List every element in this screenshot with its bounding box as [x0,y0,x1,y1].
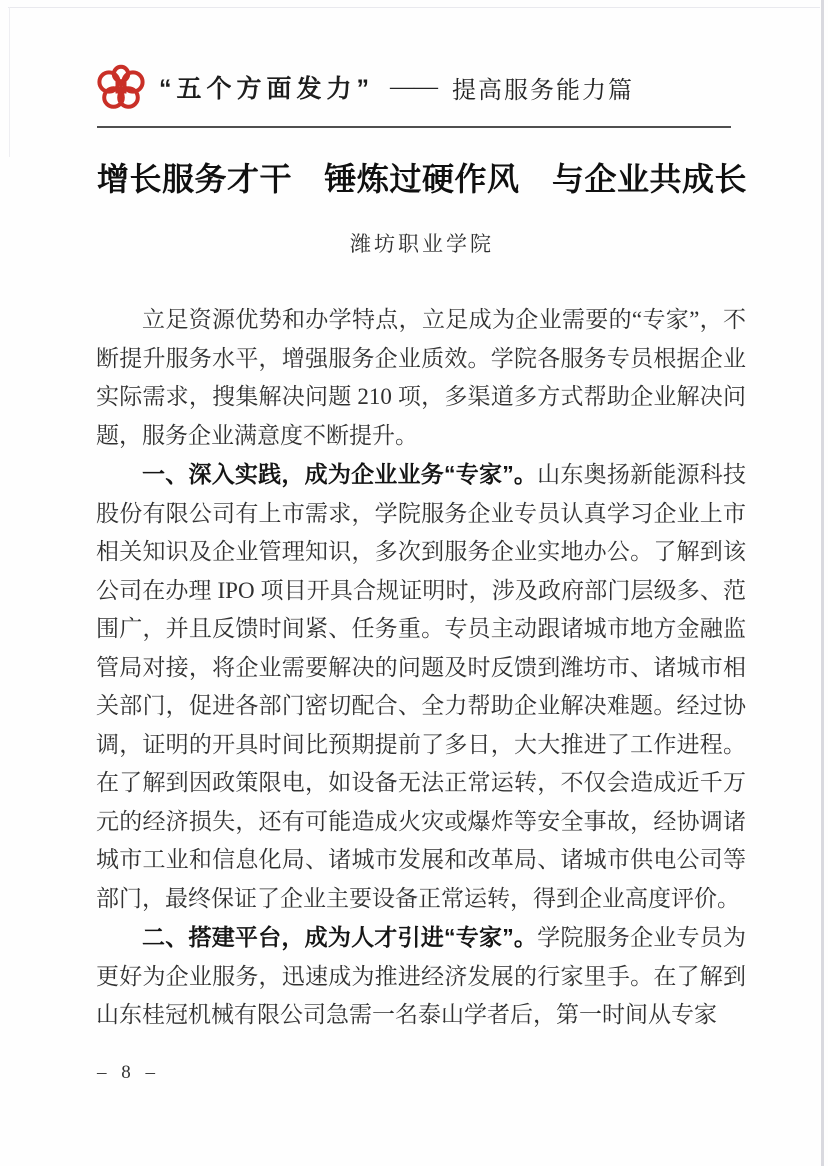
page-number: – 8 – [97,1062,160,1084]
paragraph-intro-text: 立足资源优势和办学特点，立足成为企业需要的“专家”，不断提升服务水平，增强服务企… [96,307,746,448]
article-body: 立足资源优势和办学特点，立足成为企业需要的“专家”，不断提升服务水平，增强服务企… [96,300,746,1035]
document-page: “五个方面发力” —— 提高服务能力篇 增长服务才干 锤炼过硬作风 与企业共成长… [0,0,828,1166]
organization-name: 潍坊职业学院 [97,228,747,258]
article-title: 增长服务才干 锤炼过硬作风 与企业共成长 [89,158,755,200]
paragraph-section-1-lead: 一、深入实践，成为企业业务“专家”。 [142,461,537,487]
section-title: 提高服务能力篇 [452,70,634,105]
series-title: “五个方面发力” [159,69,374,105]
scan-edge-top [8,7,820,8]
paragraph-section-1-text: 山东奥扬新能源科技股份有限公司有上市需求，学院服务企业专员认真学习企业上市相关知… [96,462,746,911]
scan-edge-left [9,7,10,157]
paragraph-section-2-lead: 二、搭建平台，成为人才引进“专家”。 [142,924,537,950]
paragraph-intro: 立足资源优势和办学特点，立足成为企业需要的“专家”，不断提升服务水平，增强服务企… [96,300,746,455]
scan-edge-right [821,0,824,1166]
header-dash: —— [390,74,438,101]
page-header: “五个方面发力” —— 提高服务能力篇 [97,64,731,128]
plum-blossom-rings-icon [97,64,145,110]
paragraph-section-1: 一、深入实践，成为企业业务“专家”。山东奥扬新能源科技股份有限公司有上市需求，学… [96,455,746,918]
paragraph-section-2: 二、搭建平台，成为人才引进“专家”。学院服务企业专员为更好为企业服务，迅速成为推… [96,918,746,1035]
